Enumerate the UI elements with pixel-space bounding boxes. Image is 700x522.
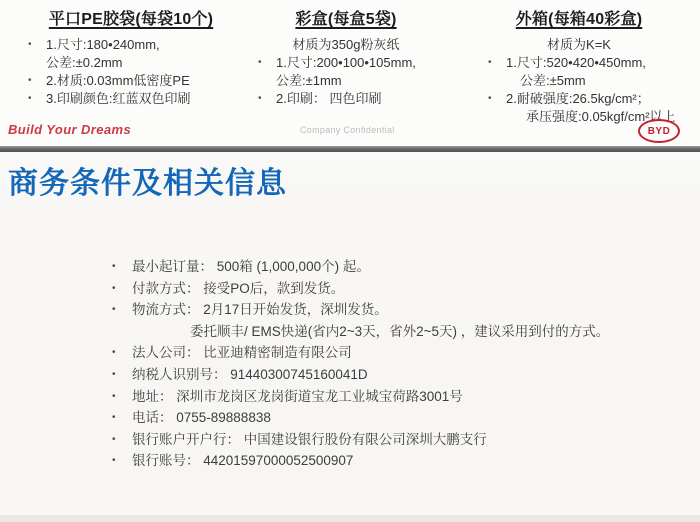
term-row-logistics: • 物流方式： 2月17日开始发货，深圳发货。 (112, 303, 672, 317)
column-title: 外箱(每箱40彩盒) (466, 6, 692, 29)
term-text: 银行账户开户行： 中国建设银行股份有限公司深圳大鹏支行 (132, 433, 487, 447)
bullet-dot: • (112, 390, 132, 404)
column-title: 彩盒(每盒5袋) (242, 6, 450, 29)
confidential-watermark: Company Confidential (300, 125, 395, 135)
term-row-phone: • 电话： 0755-89888838 (112, 411, 672, 425)
bullet-dot: • (112, 368, 132, 382)
bullet-dot: • (112, 411, 132, 425)
packaging-column-color-box: 彩盒(每盒5袋) 材质为350g粉灰纸 • 1.尺寸:200•100•105mm… (242, 6, 450, 108)
section-title: 商务条件及相关信息 (8, 158, 287, 202)
spec-text: 公差:±5mm (520, 72, 586, 90)
bullet-dot: • (112, 303, 132, 317)
term-text: 电话： 0755-89888838 (132, 411, 271, 425)
column-title: 平口PE胶袋(每袋10个) (22, 6, 240, 29)
packaging-column-pe-bag: 平口PE胶袋(每袋10个) • 1.尺寸:180•240mm, 公差:±0.2m… (22, 6, 240, 108)
bullet-dot (28, 54, 46, 72)
presentation-slide: 平口PE胶袋(每袋10个) • 1.尺寸:180•240mm, 公差:±0.2m… (0, 0, 700, 522)
spec-line: • 1.尺寸:200•100•105mm, (242, 54, 450, 72)
spec-line: • 3.印刷颜色:红蓝双色印刷 (22, 90, 240, 108)
bullet-dot: • (112, 282, 132, 296)
bullet-dot: • (28, 72, 46, 90)
term-row-bank-account: • 银行账号： 44201597000052500907 (112, 454, 672, 468)
packaging-column-outer-carton: 外箱(每箱40彩盒) 材质为K=K • 1.尺寸:520•420•450mm, … (466, 6, 692, 126)
spec-text: 公差:±1mm (276, 72, 342, 90)
term-row-legal-entity: • 法人公司： 比亚迪精密制造有限公司 (112, 346, 672, 360)
spec-text: 2.印刷： 四色印刷 (276, 90, 381, 108)
bullet-dot: • (28, 36, 46, 54)
bullet-dot (112, 325, 132, 339)
header-divider-bar (0, 146, 700, 152)
spec-line: 材质为350g粉灰纸 (242, 36, 450, 54)
term-row-logistics-continued: 委托顺丰/ EMS快递(省内2~3天，省外2~5天) ，建议采用到付的方式。 (112, 325, 672, 339)
term-row-address: • 地址： 深圳市龙岗区龙岗街道宝龙工业城宝荷路3001号 (112, 390, 672, 404)
term-text: 银行账号： 44201597000052500907 (132, 454, 353, 468)
term-text: 最小起订量： 500箱 (1,000,000个) 起。 (132, 260, 370, 274)
bullet-dot: • (112, 346, 132, 360)
spec-line: 公差:±5mm (466, 72, 692, 90)
term-text: 委托顺丰/ EMS快递(省内2~3天，省外2~5天) ，建议采用到付的方式。 (132, 325, 609, 339)
bullet-dot: • (258, 54, 276, 72)
spec-text: 1.尺寸:180•240mm, (46, 36, 160, 54)
bullet-dot: • (258, 90, 276, 108)
term-text: 地址： 深圳市龙岗区龙岗街道宝龙工业城宝荷路3001号 (132, 390, 463, 404)
byd-logo: BYD (638, 119, 680, 143)
bullet-dot: • (112, 433, 132, 447)
slide-bottom-edge (0, 515, 700, 522)
bullet-dot: • (488, 54, 506, 72)
byd-slogan: Build Your Dreams (8, 122, 131, 137)
spec-line: • 2.材质:0.03mm低密度PE (22, 72, 240, 90)
term-row-payment: • 付款方式： 接受PO后，款到发货。 (112, 282, 672, 296)
spec-text: 2.材质:0.03mm低密度PE (46, 72, 190, 90)
spec-line: 公差:±0.2mm (22, 54, 240, 72)
spec-line: 材质为K=K (466, 36, 692, 54)
spec-text: 材质为K=K (547, 37, 611, 52)
term-text: 法人公司： 比亚迪精密制造有限公司 (132, 346, 352, 360)
bullet-dot: • (112, 260, 132, 274)
spec-line: • 2.耐破强度:26.5kg/cm²； (466, 90, 692, 108)
spec-line: • 1.尺寸:520•420•450mm, (466, 54, 692, 72)
term-row-taxpayer-id: • 纳税人识别号： 91440300745160041D (112, 368, 672, 382)
spec-text: 1.尺寸:520•420•450mm, (506, 54, 646, 72)
term-row-min-order: • 最小起订量： 500箱 (1,000,000个) 起。 (112, 260, 672, 274)
term-text: 物流方式： 2月17日开始发货，深圳发货。 (132, 303, 388, 317)
spec-text: 3.印刷颜色:红蓝双色印刷 (46, 90, 190, 108)
term-text: 付款方式： 接受PO后，款到发货。 (132, 282, 344, 296)
spec-text: 公差:±0.2mm (46, 54, 122, 72)
bullet-dot: • (112, 454, 132, 468)
term-row-bank-branch: • 银行账户开户行： 中国建设银行股份有限公司深圳大鹏支行 (112, 433, 672, 447)
spec-line: 公差:±1mm (242, 72, 450, 90)
bullet-dot (258, 72, 276, 90)
business-terms-list: • 最小起订量： 500箱 (1,000,000个) 起。 • 付款方式： 接受… (112, 260, 672, 476)
spec-line: • 1.尺寸:180•240mm, (22, 36, 240, 54)
bullet-dot: • (28, 90, 46, 108)
spec-text: 2.耐破强度:26.5kg/cm²； (506, 90, 650, 108)
bullet-dot: • (488, 90, 506, 108)
spec-text: 材质为350g粉灰纸 (293, 37, 400, 52)
spec-text: 1.尺寸:200•100•105mm, (276, 54, 416, 72)
spec-line: • 2.印刷： 四色印刷 (242, 90, 450, 108)
term-text: 纳税人识别号： 91440300745160041D (132, 368, 368, 382)
